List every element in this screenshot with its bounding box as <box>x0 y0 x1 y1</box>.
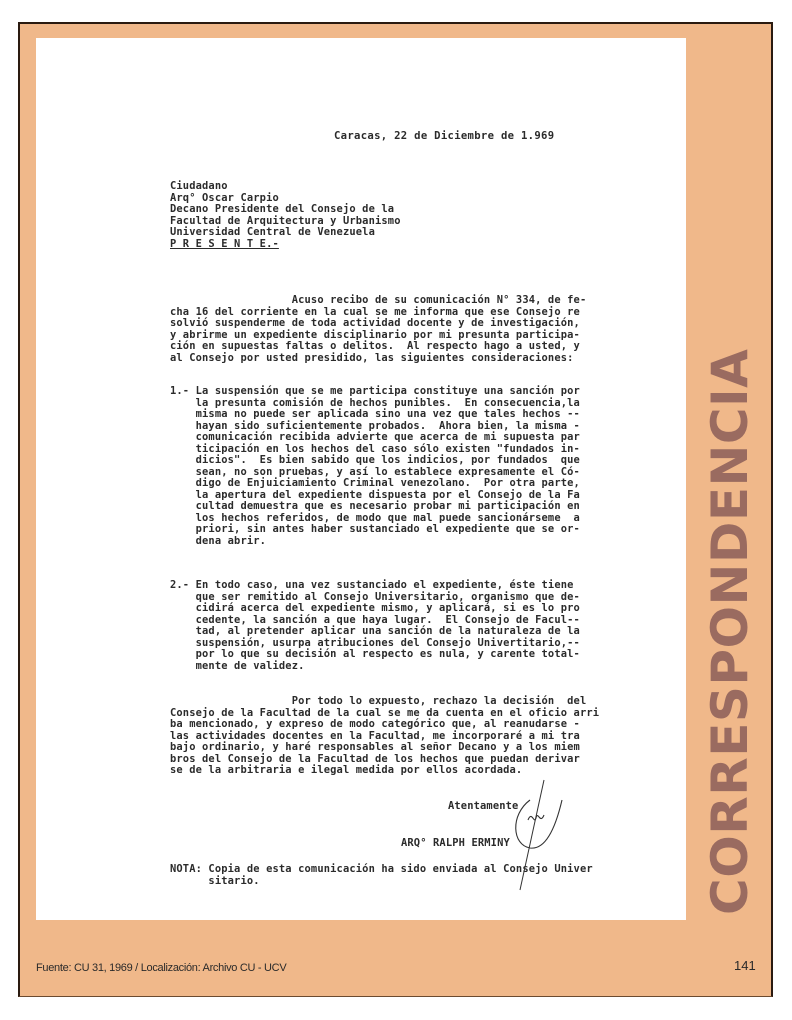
text-line: P R E S E N T E.- <box>170 239 401 251</box>
text-line: 2.- En todo caso, una vez sustanciado el… <box>170 580 580 592</box>
signature-mark <box>500 770 580 900</box>
text-line: 1.- La suspensión que se me participa co… <box>170 386 580 398</box>
letter-date: Caracas, 22 de Diciembre de 1.969 <box>334 130 554 142</box>
point-1-paragraph: 1.- La suspensión que se me participa co… <box>170 386 580 547</box>
text-line: solvió suspenderme de toda actividad doc… <box>170 318 586 330</box>
text-line: Decano Presidente del Consejo de la <box>170 204 401 216</box>
text-line: cultad demuestra que es necesario probar… <box>170 501 580 513</box>
text-line: tad, al pretender aplicar una sanción de… <box>170 626 580 638</box>
text-line: ción en supuestas faltas o delitos. Al r… <box>170 341 586 353</box>
text-line: Por todo lo expuesto, rechazo la decisió… <box>170 696 599 708</box>
section-label-vertical: CORRESPONDENCIA <box>705 349 755 915</box>
text-line: dena abrir. <box>170 536 580 548</box>
page-number: 141 <box>734 958 756 973</box>
text-line: bajo ordinario, y haré responsables al s… <box>170 742 599 754</box>
text-line: ba mencionado, y expreso de modo categór… <box>170 719 599 731</box>
text-line: cidirá acerca del expediente mismo, y ap… <box>170 603 580 615</box>
text-line: misma no puede ser aplicada sino una vez… <box>170 409 580 421</box>
point-2-paragraph: 2.- En todo caso, una vez sustanciado el… <box>170 580 580 672</box>
footer-source: Fuente: CU 31, 1969 / Localización: Arch… <box>36 962 286 974</box>
text-line: priori, sin antes haber sustanciado el e… <box>170 524 580 536</box>
text-line: digo de Enjuiciamiento Criminal venezola… <box>170 478 580 490</box>
text-line: comunicación recibida advierte que acerc… <box>170 432 580 444</box>
text-line: dicios". Es bien sabido que los indicios… <box>170 455 580 467</box>
intro-paragraph: Acuso recibo de su comunicación N° 334, … <box>170 295 586 364</box>
text-line: Ciudadano <box>170 181 401 193</box>
text-line: al Consejo por usted presidido, las sigu… <box>170 353 586 365</box>
conclusion-paragraph: Por todo lo expuesto, rechazo la decisió… <box>170 696 599 777</box>
signatory-name: ARQ° RALPH ERMINY <box>401 838 510 850</box>
text-line: Universidad Central de Venezuela <box>170 227 401 239</box>
text-line: Acuso recibo de su comunicación N° 334, … <box>170 295 586 307</box>
text-line: por lo que su decisión al respecto es nu… <box>170 649 580 661</box>
addressee-block: CiudadanoArq° Oscar CarpioDecano Preside… <box>170 181 401 250</box>
text-line: mente de validez. <box>170 661 580 673</box>
